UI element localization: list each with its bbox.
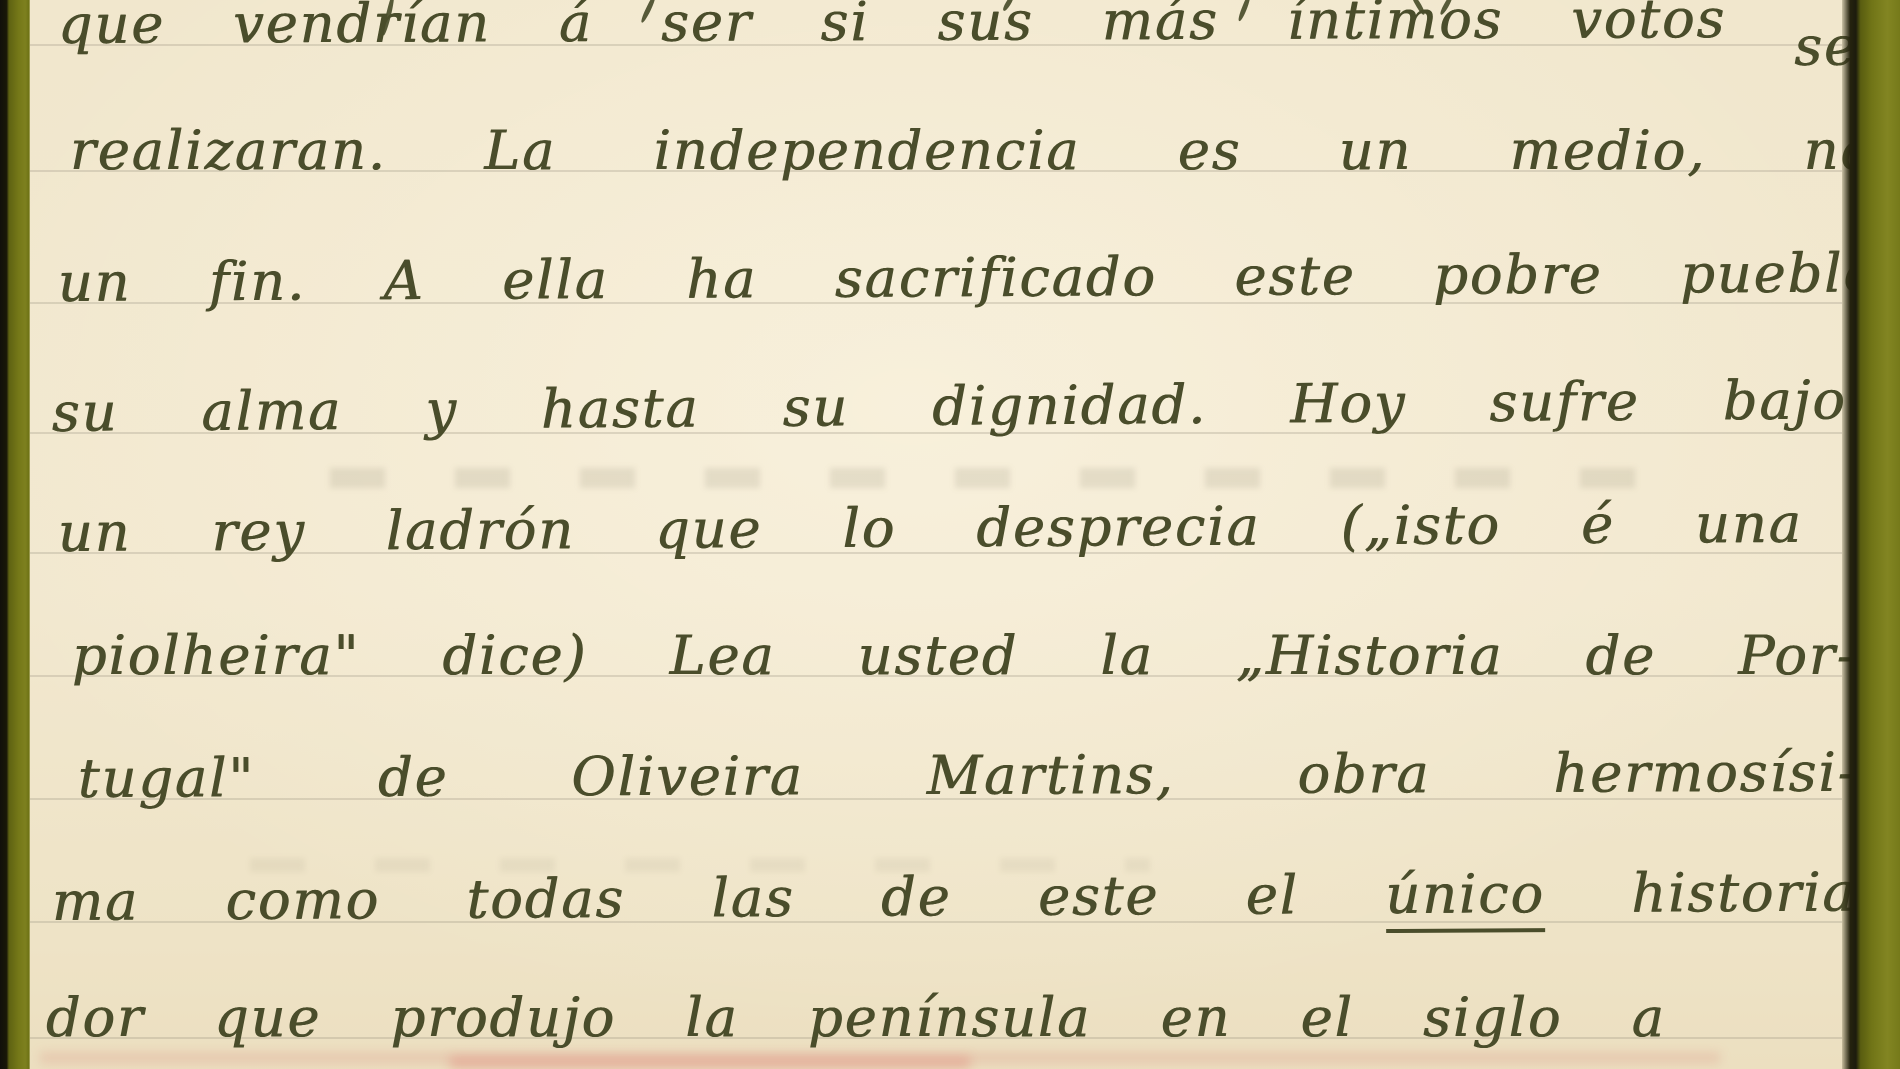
underlined-word: único (1385, 862, 1545, 933)
handwritten-line-6: piolheira" dice) Lea usted la „Historia … (72, 621, 1857, 697)
page-left-edge (0, 0, 30, 1069)
page-right-edge (1842, 0, 1900, 1069)
handwritten-line-8: ma como todas las de este el único histo… (52, 857, 1877, 943)
handwritten-line-9: dor que produjo la península en el siglo… (46, 983, 1666, 1059)
line-text: historia- (1631, 860, 1877, 924)
line-text: ma como todas las de este el (52, 863, 1299, 933)
handwritten-line-2: realizaran. La independencia es un medio… (70, 116, 1875, 192)
ink-bleed-smudge (330, 468, 1640, 488)
line-text: que vendrían á ser si sus más íntimos vo… (58, 0, 1727, 56)
handwritten-line-4: su alma y hasta su dignidad. Hoy sufre b… (52, 365, 1847, 454)
handwritten-line-1: que vendrían á ser si sus más íntimos vo… (58, 0, 1858, 66)
handwritten-line-3: un fin. A ella ha sacrificado este pobre… (58, 238, 1878, 324)
handwritten-line-7: tugal" de Oliveira Martins, obra hermosí… (78, 738, 1858, 820)
manuscript-page: que vendrían á ser si sus más íntimos vo… (0, 0, 1900, 1069)
handwritten-line-5: un rey ladrón que lo desprecia („isto é … (58, 489, 1803, 574)
